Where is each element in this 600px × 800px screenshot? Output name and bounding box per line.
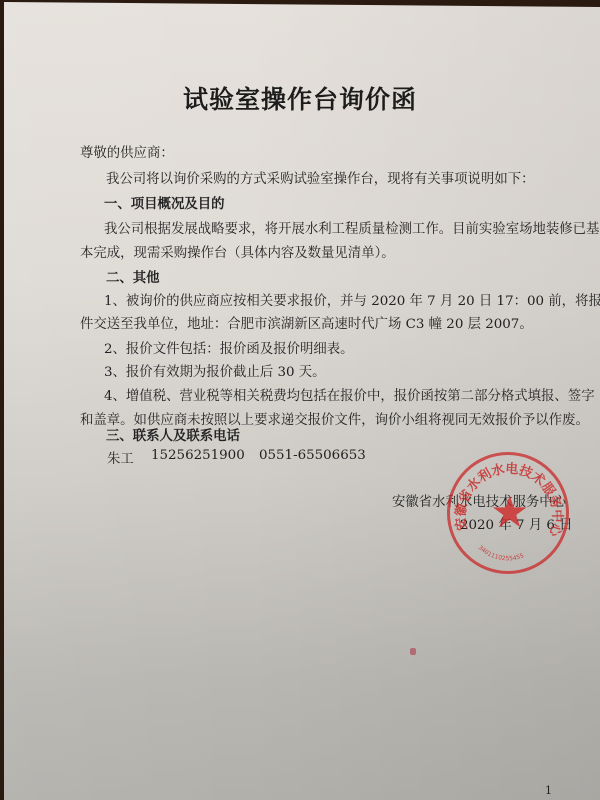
- salutation: 尊敬的供应商：: [80, 142, 174, 161]
- official-seal: ★ 安徽省水利水电技术服务中心 3401110255455: [447, 452, 569, 574]
- contact-name: 朱工: [107, 448, 134, 467]
- intro-paragraph: 我公司将以询价采购的方式采购试验室操作台，现将有关事项说明如下：: [106, 168, 535, 187]
- section-2-item-1-line-2: 件交送至我单位，地址：合肥市滨湖新区高速时代广场 C3 幢 20 层 2007。: [80, 313, 533, 332]
- section-3-heading: 三、联系人及联系电话: [106, 425, 240, 444]
- section-1-heading: 一、项目概况及目的: [104, 193, 225, 212]
- section-1-paragraph-line-2: 本完成，现需采购操作台（具体内容及数量见清单）。: [80, 242, 395, 261]
- section-2-item-1-line-1: 1、被询价的供应商应按相关要求报价，并与 2020 年 7 月 20 日 17：…: [104, 290, 600, 309]
- seal-code-text: 3401110255455: [477, 544, 525, 562]
- section-2-item-2: 2、报价文件包括：报价函及报价明细表。: [104, 338, 354, 357]
- section-2-item-3: 3、报价有效期为报价截止后 30 天。: [104, 361, 326, 380]
- contact-mobile: 15256251900: [151, 448, 245, 463]
- document-title: 试验室操作台询价函: [0, 80, 600, 116]
- section-2-item-4-line-1: 4、增值税、营业税等相关税费均包括在报价中，报价函按第二部分格式填报、签字: [104, 385, 595, 404]
- svg-text:3401110255455: 3401110255455: [477, 544, 525, 562]
- section-1-paragraph-line-1: 我公司根据发展战略要求，将开展水利工程质量检测工作。目前实验室场地装修已基: [104, 218, 599, 237]
- contact-phone: 0551-65506653: [259, 448, 366, 463]
- seal-text-ring: 安徽省水利水电技术服务中心 3401110255455: [450, 455, 566, 571]
- ink-mark: [410, 648, 416, 655]
- page-number: 1: [545, 784, 552, 797]
- section-2-heading: 二、其他: [106, 267, 160, 286]
- svg-text:安徽省水利水电技术服务中心: 安徽省水利水电技术服务中心: [453, 461, 565, 540]
- seal-org-text: 安徽省水利水电技术服务中心: [453, 461, 565, 540]
